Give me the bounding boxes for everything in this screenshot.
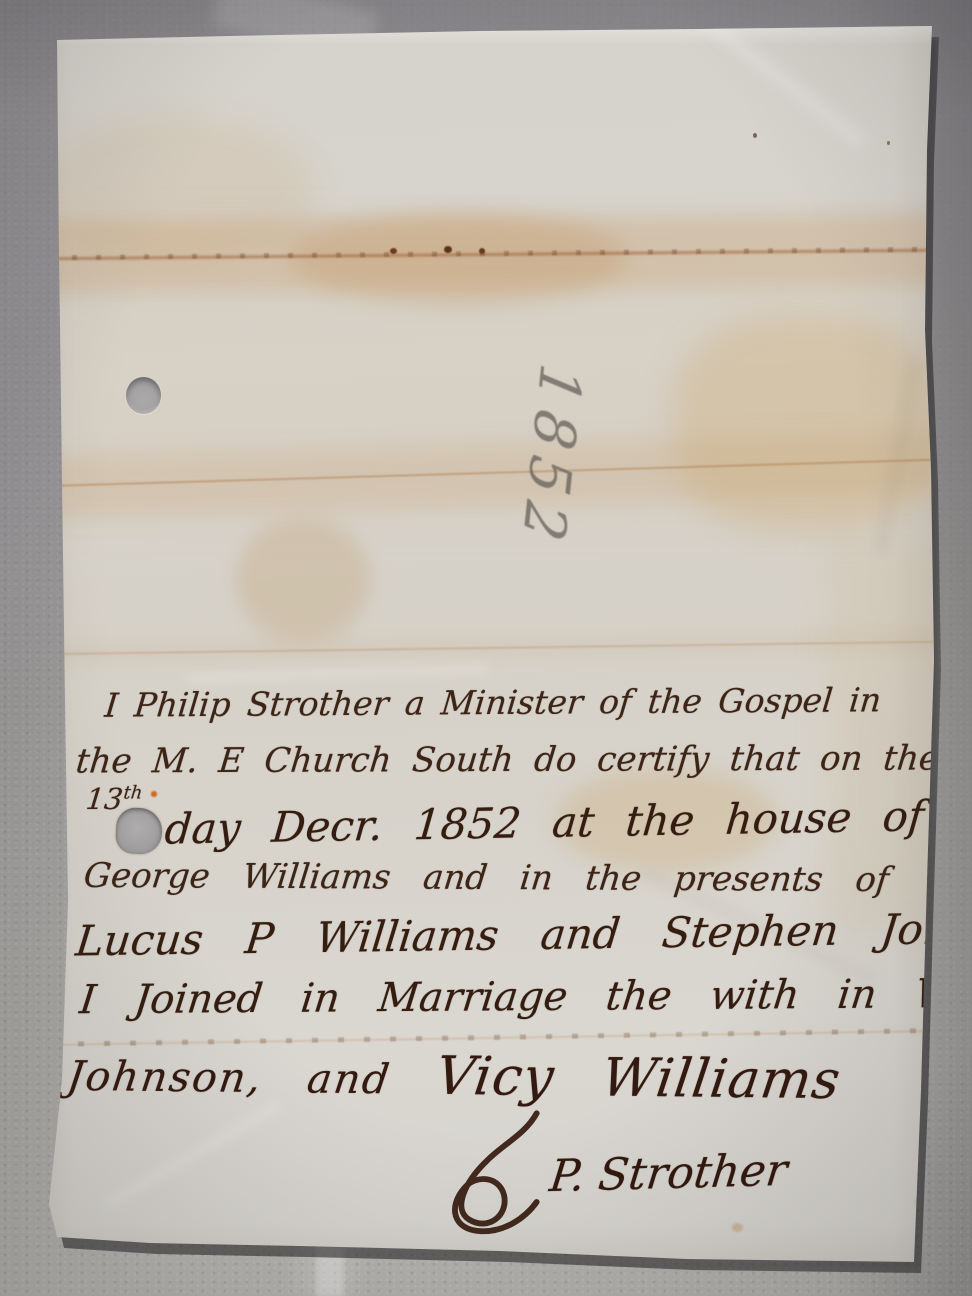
handwritten-line-3: day Decr. 1852 at the house of — [163, 791, 926, 853]
handwritten-line-7: Johnson, and Vicy Williams — [64, 1042, 845, 1111]
photo-of-document: 1852 I Philip Strother a Minister of the… — [0, 0, 972, 1296]
rust-speck — [390, 248, 397, 254]
crumple-shadow — [875, 356, 922, 555]
stain — [288, 212, 628, 304]
handwritten-line-4: George Williams and in the presents of — [82, 856, 891, 900]
handwritten-line-6: I Joined in Marriage the with in Wm. — [77, 971, 972, 1024]
stain — [38, 226, 938, 516]
fold-crease-3 — [38, 628, 938, 667]
stain — [732, 1223, 743, 1232]
punch-hole — [126, 377, 161, 414]
line-7-start: Johnson, and — [64, 1052, 394, 1103]
fold-crease-1-line — [42, 249, 932, 261]
handwritten-line-5: Lucus P Williams and Stephen Jones — [73, 904, 972, 966]
stain — [674, 316, 942, 532]
pencil-year-notation: 1852 — [509, 359, 595, 556]
orange-ink-mark — [150, 790, 158, 798]
crumple-highlight — [104, 1101, 282, 1210]
stain — [236, 518, 370, 642]
fold-crease-2 — [37, 431, 938, 520]
signature: P. Strother — [547, 1145, 790, 1202]
handwritten-line-3-day: 13th — [84, 782, 143, 816]
handwritten-line-1: I Philip Strother a Minister of the Gosp… — [103, 680, 883, 724]
ink-speck — [887, 141, 890, 145]
signature-flourish-icon — [420, 1106, 560, 1256]
ink-speck — [753, 133, 757, 138]
day-number: 13 — [84, 782, 124, 816]
fold-crease-2-line — [43, 459, 931, 487]
handwritten-line-2: the M. E Church South do certify that on… — [74, 738, 941, 781]
crumple-highlight — [669, 0, 867, 148]
document-paper: 1852 I Philip Strother a Minister of the… — [38, 20, 938, 1272]
stain — [38, 116, 318, 266]
fold-crease-3-line — [42, 641, 934, 655]
day-ordinal: th — [122, 782, 143, 803]
rust-speck — [444, 246, 452, 253]
rust-speck — [479, 248, 485, 254]
fold-crease-1-stitching — [48, 247, 928, 260]
fold-crease-1 — [38, 212, 939, 295]
crumple-highlight — [188, 663, 488, 683]
line-7-names: Vicy Williams — [432, 1046, 844, 1111]
